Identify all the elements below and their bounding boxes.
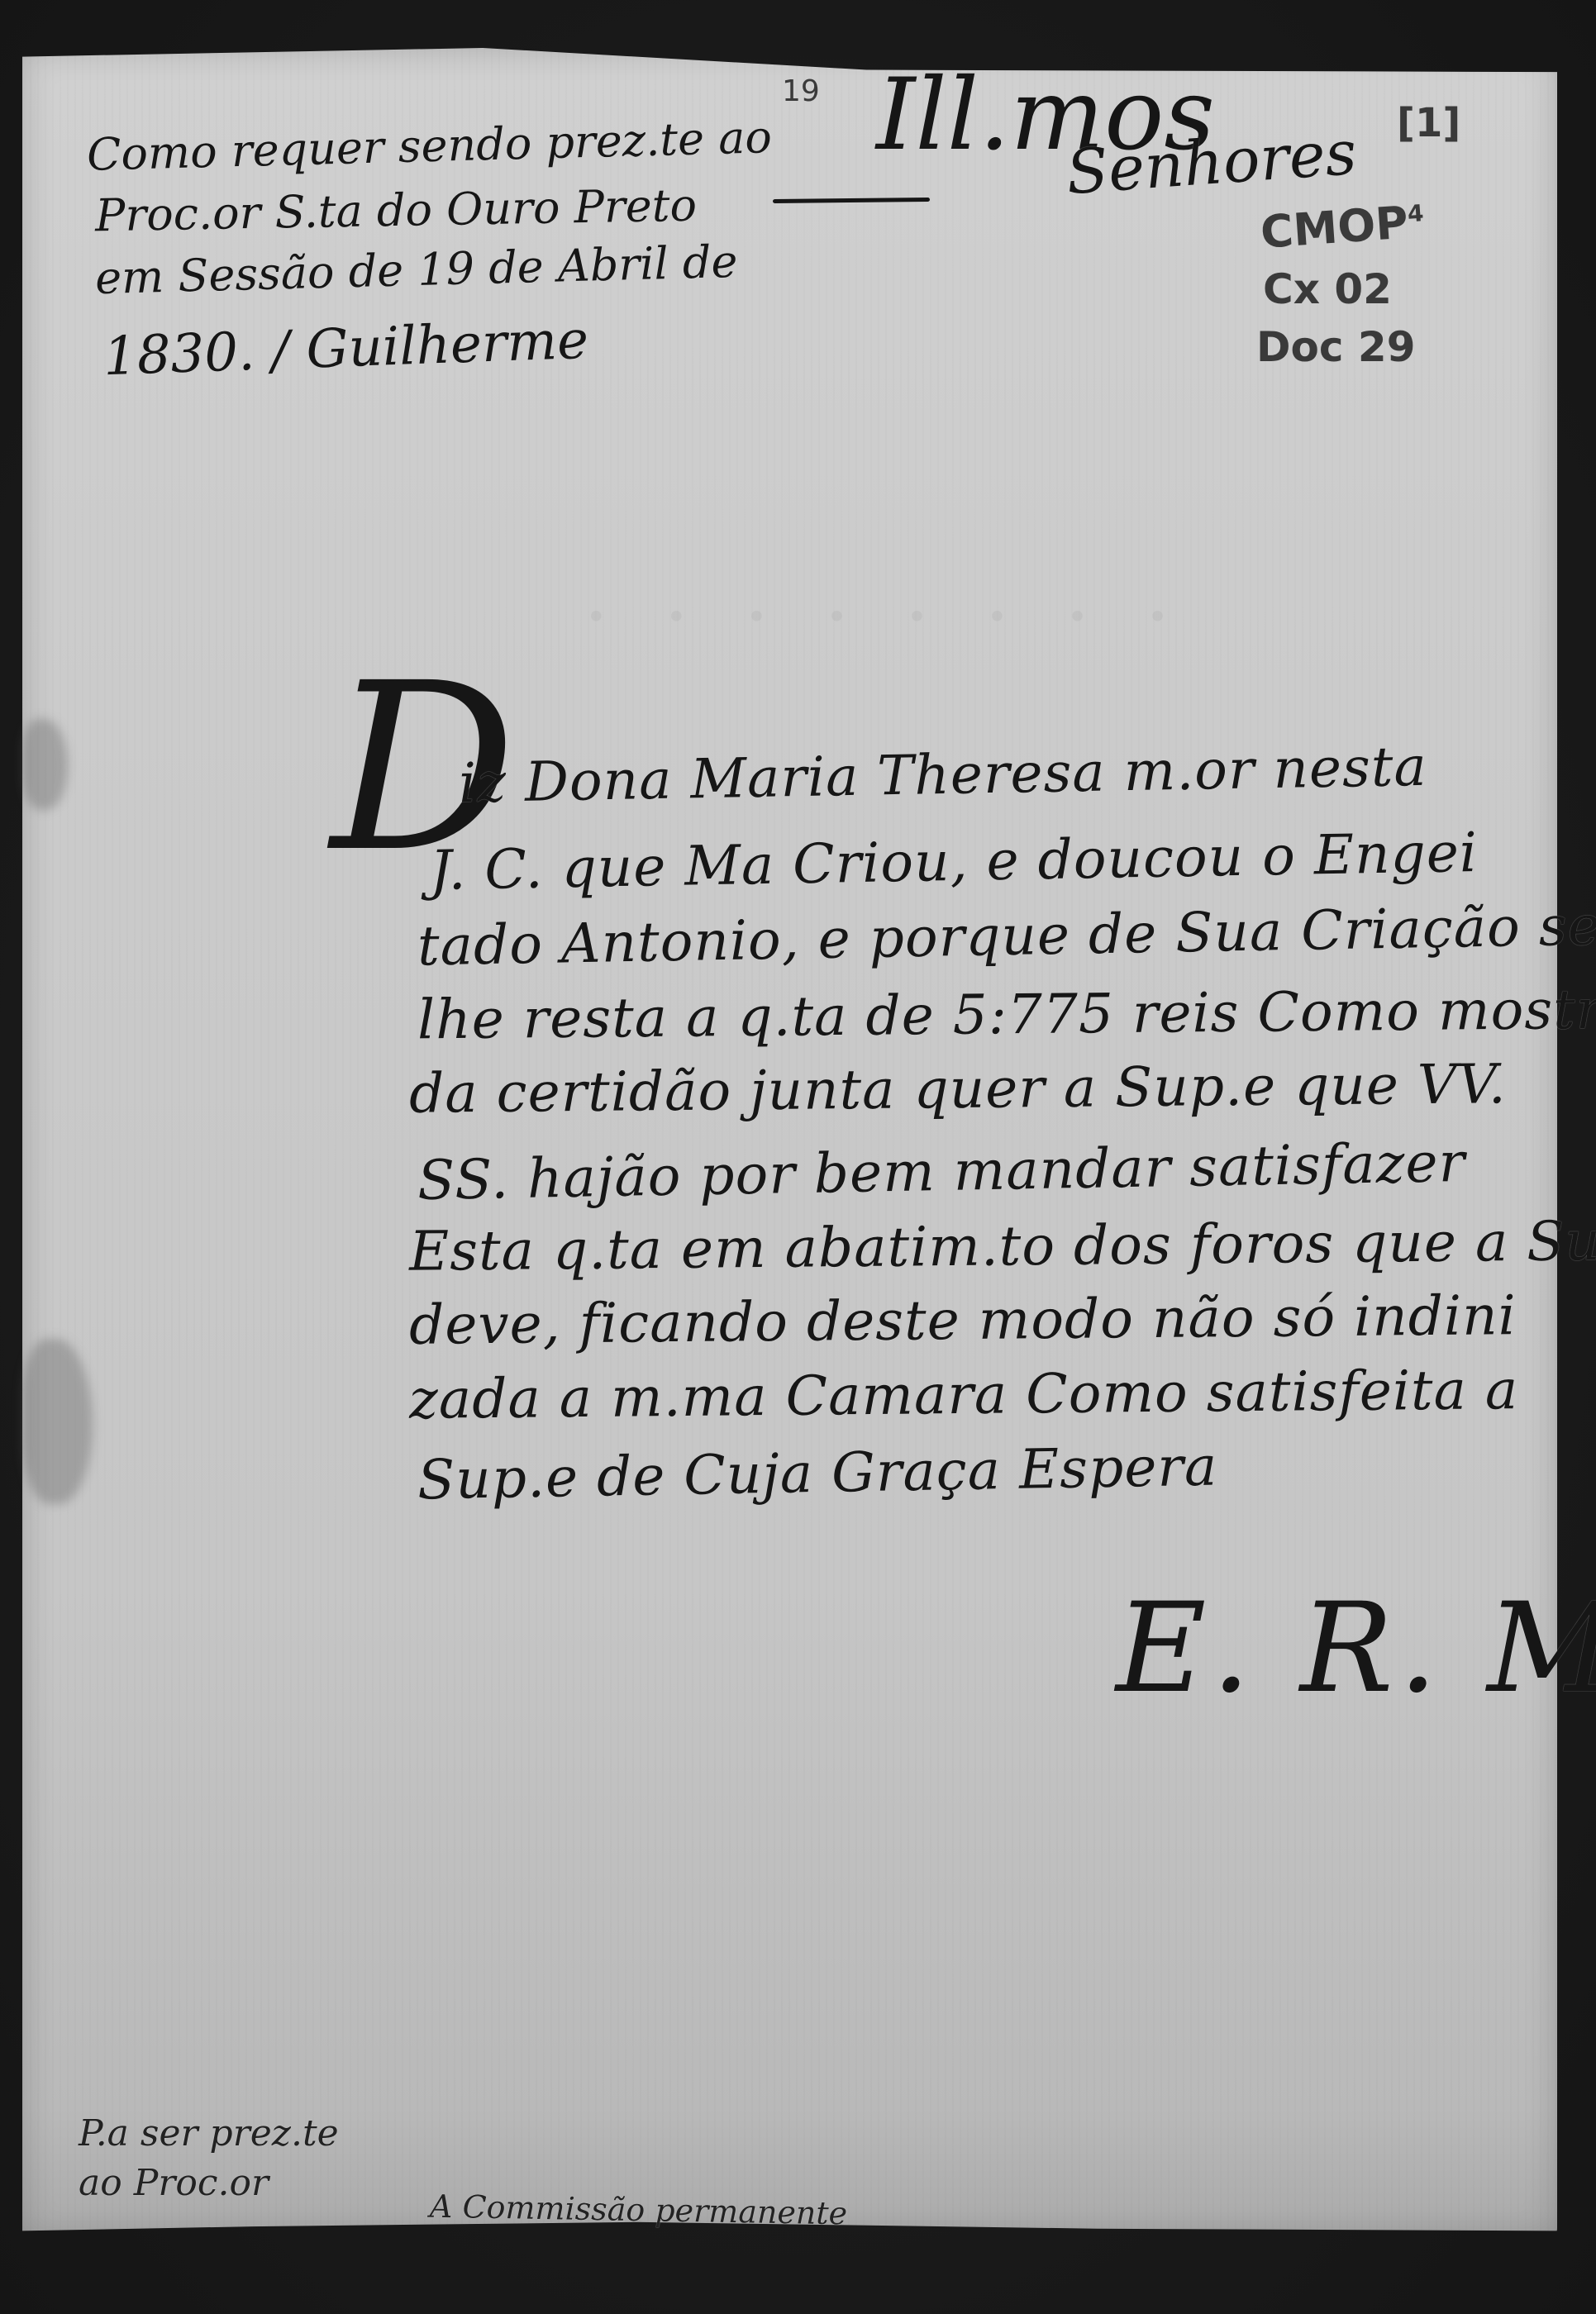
page-bracket-number: [1] — [1397, 103, 1460, 143]
footer-note-line-2: ao Proc.or — [79, 2165, 269, 2202]
petition-line-1: iz Dona Maria Theresa m.or nesta — [459, 740, 1428, 811]
folio-number: 19 — [782, 74, 820, 108]
archive-collection: CMOP4 — [1259, 199, 1426, 255]
collection-suffix: 4 — [1407, 199, 1425, 227]
closing-formula-erm: E. R. M. — [1116, 1587, 1596, 1711]
footer-note-line-1: P.a ser prez.te — [79, 2116, 339, 2152]
collection-code: CMOP — [1259, 197, 1410, 259]
petition-line-8: deve, ficando deste modo não só indini — [409, 1288, 1517, 1353]
petition-line-5: da certidão junta quer a Sup.e que VV. — [409, 1057, 1507, 1121]
petition-line-10: Sup.e de Cuja Graça Espera — [417, 1440, 1217, 1508]
archive-box: Cx 02 — [1263, 269, 1392, 310]
petition-line-4: lhe resta a q.ta de 5:775 reis Como most… — [417, 983, 1596, 1048]
petition-line-9: zada a m.ma Camara Como satisfeita a — [409, 1363, 1519, 1427]
dispatch-line-4: 1830. / Guilherme — [102, 314, 589, 383]
petition-line-7: Esta q.ta em abatim.to dos foros que a S… — [409, 1213, 1596, 1278]
dispatch-line-2: Proc.or S.ta do Ouro Preto — [95, 183, 698, 239]
water-stain — [22, 719, 68, 810]
archive-doc: Doc 29 — [1256, 326, 1415, 368]
footer-note-commission: A Commissão permanente — [430, 2191, 848, 2230]
